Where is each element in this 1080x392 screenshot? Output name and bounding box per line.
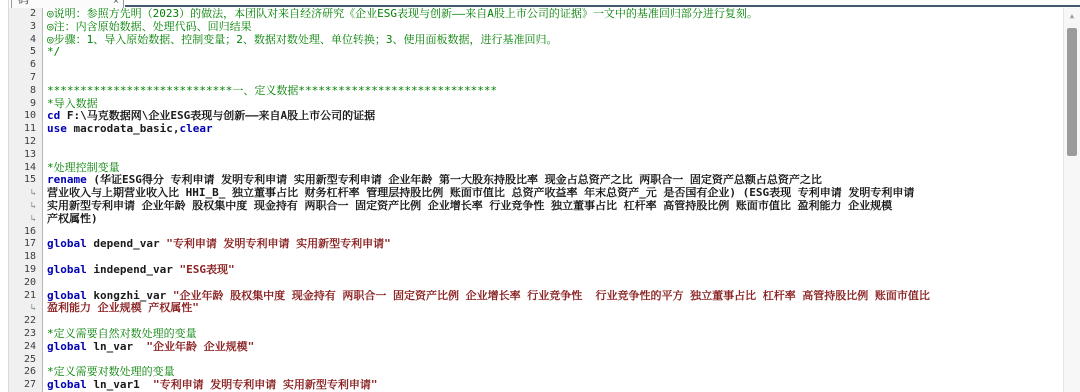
code-text: *定义需要自然对数处理的变量 (43, 328, 1063, 341)
line-number: 15 (9, 174, 43, 187)
code-line: 20 (9, 277, 1063, 290)
line-number: 10 (9, 110, 43, 123)
close-icon[interactable]: × (113, 0, 119, 7)
vertical-scrollbar[interactable]: ▲ (1063, 8, 1080, 392)
code-line: ↳盈利能力 企业规模 产权属性" (9, 302, 1063, 315)
code-text (43, 149, 1063, 162)
line-number: 14 (9, 162, 43, 175)
line-number: 4 (9, 34, 43, 47)
code-line: 21global kongzhi_var "企业年龄 股权集中度 现金持有 两职… (9, 290, 1063, 303)
code-line: 8****************************一、定义数据*****… (9, 85, 1063, 98)
line-number: 11 (9, 123, 43, 136)
code-line: 15rename (华证ESG得分 专利申请 发明专利申请 实用新型专利申请 企… (9, 174, 1063, 187)
scroll-up-icon[interactable]: ▲ (1064, 10, 1080, 23)
code-text: use macrodata_basic,clear (43, 123, 1063, 136)
line-number: 17 (9, 238, 43, 251)
code-text: global depend_var "专利申请 发明专利申请 实用新型专利申请" (43, 238, 1063, 251)
line-number: 19 (9, 264, 43, 277)
code-line: ↳实用新型专利申请 企业年龄 股权集中度 现金持有 两职合一 固定资产比例 企业… (9, 200, 1063, 213)
line-number: 21 (9, 290, 43, 303)
code-line: 17global depend_var "专利申请 发明专利申请 实用新型专利申… (9, 238, 1063, 251)
code-text (43, 277, 1063, 290)
code-text: ◎注：内含原始数据、处理代码、回归结果 (43, 21, 1063, 34)
line-number: 5 (9, 46, 43, 59)
line-number: 2 (9, 8, 43, 21)
code-line: 4◎步骤：1、导入原始数据、控制变量；2、数据对数处理、单位转换；3、使用面板数… (9, 34, 1063, 47)
code-line: 24global ln_var "企业年龄 企业规模" (9, 341, 1063, 354)
line-number: 24 (9, 341, 43, 354)
wrap-indicator-icon: ↳ (9, 302, 43, 315)
code-line: 13 (9, 149, 1063, 162)
line-number: 6 (9, 59, 43, 72)
tab-bar: macrodata_回归代码 × (9, 0, 1080, 8)
line-number: 9 (9, 98, 43, 111)
line-number: 26 (9, 366, 43, 379)
code-text: *处理控制变量 (43, 162, 1063, 175)
line-number: 22 (9, 315, 43, 328)
line-number: 23 (9, 328, 43, 341)
code-text (43, 226, 1063, 239)
code-line: 22 (9, 315, 1063, 328)
tab-label: macrodata_回归代码 (18, 0, 109, 7)
code-line: 6 (9, 59, 1063, 72)
line-number: 25 (9, 354, 43, 367)
code-line: 23*定义需要自然对数处理的变量 (9, 328, 1063, 341)
code-text: ****************************一、定义数据******… (43, 85, 1063, 98)
code-text: ◎说明：参照方先明（2023）的做法，本团队对来自经济研究《企业ESG表现与创新… (43, 8, 1063, 21)
code-line: 25 (9, 354, 1063, 367)
code-text (43, 354, 1063, 367)
code-line: 5*/ (9, 46, 1063, 59)
code-text: 实用新型专利申请 企业年龄 股权集中度 现金持有 两职合一 固定资产比例 企业增… (43, 200, 1063, 213)
tab-macrodata[interactable]: macrodata_回归代码 × (11, 0, 124, 8)
code-line: 9*导入数据 (9, 98, 1063, 111)
code-text: 营业收入与上期营业收入比 HHI_B_ 独立董事占比 财务杠杆率 管理层持股比例… (43, 187, 1063, 200)
line-number: 13 (9, 149, 43, 162)
code-text (43, 315, 1063, 328)
code-text: global kongzhi_var "企业年龄 股权集中度 现金持有 两职合一… (43, 290, 1063, 303)
line-number: 8 (9, 85, 43, 98)
scrollbar-thumb[interactable] (1067, 28, 1077, 156)
line-number: 7 (9, 72, 43, 85)
code-text: 盈利能力 企业规模 产权属性" (43, 302, 1063, 315)
code-line: 26*定义需要对数处理的变量 (9, 366, 1063, 379)
code-text: */ (43, 46, 1063, 59)
code-line: 18 (9, 251, 1063, 264)
code-line: 19global independ_var "ESG表现" (9, 264, 1063, 277)
code-line: ↳产权属性) (9, 213, 1063, 226)
line-number: 27 (9, 379, 43, 392)
code-line: 7 (9, 72, 1063, 85)
code-lines[interactable]: 2◎说明：参照方先明（2023）的做法，本团队对来自经济研究《企业ESG表现与创… (9, 8, 1063, 392)
code-line: 10cd F:\马克数据网\企业ESG表现与创新——来自A股上市公司的证据 (9, 110, 1063, 123)
code-text: 产权属性) (43, 213, 1063, 226)
code-text: *定义需要对数处理的变量 (43, 366, 1063, 379)
wrap-indicator-icon: ↳ (9, 187, 43, 200)
code-text: rename (华证ESG得分 专利申请 发明专利申请 实用新型专利申请 企业年… (43, 174, 1063, 187)
code-text: cd F:\马克数据网\企业ESG表现与创新——来自A股上市公司的证据 (43, 110, 1063, 123)
code-line: 14*处理控制变量 (9, 162, 1063, 175)
wrap-indicator-icon: ↳ (9, 200, 43, 213)
code-text: global ln_var1 "专利申请 发明专利申请 实用新型专利申请" (43, 379, 1063, 392)
code-text (43, 251, 1063, 264)
code-line: 11use macrodata_basic,clear (9, 123, 1063, 136)
line-number: 3 (9, 21, 43, 34)
line-number: 12 (9, 136, 43, 149)
code-line: 27global ln_var1 "专利申请 发明专利申请 实用新型专利申请" (9, 379, 1063, 392)
line-number: 18 (9, 251, 43, 264)
code-text: ◎步骤：1、导入原始数据、控制变量；2、数据对数处理、单位转换；3、使用面板数据… (43, 34, 1063, 47)
line-number: 20 (9, 277, 43, 290)
code-text (43, 136, 1063, 149)
line-number: 16 (9, 226, 43, 239)
code-text: *导入数据 (43, 98, 1063, 111)
code-text (43, 72, 1063, 85)
code-text: global ln_var "企业年龄 企业规模" (43, 341, 1063, 354)
tab-bar-divider (125, 5, 1080, 7)
code-line: 12 (9, 136, 1063, 149)
code-text: global independ_var "ESG表现" (43, 264, 1063, 277)
code-line: 2◎说明：参照方先明（2023）的做法，本团队对来自经济研究《企业ESG表现与创… (9, 8, 1063, 21)
code-text (43, 59, 1063, 72)
wrap-indicator-icon: ↳ (9, 213, 43, 226)
code-line: ↳营业收入与上期营业收入比 HHI_B_ 独立董事占比 财务杠杆率 管理层持股比… (9, 187, 1063, 200)
code-line: 16 (9, 226, 1063, 239)
code-line: 3◎注：内含原始数据、处理代码、回归结果 (9, 21, 1063, 34)
